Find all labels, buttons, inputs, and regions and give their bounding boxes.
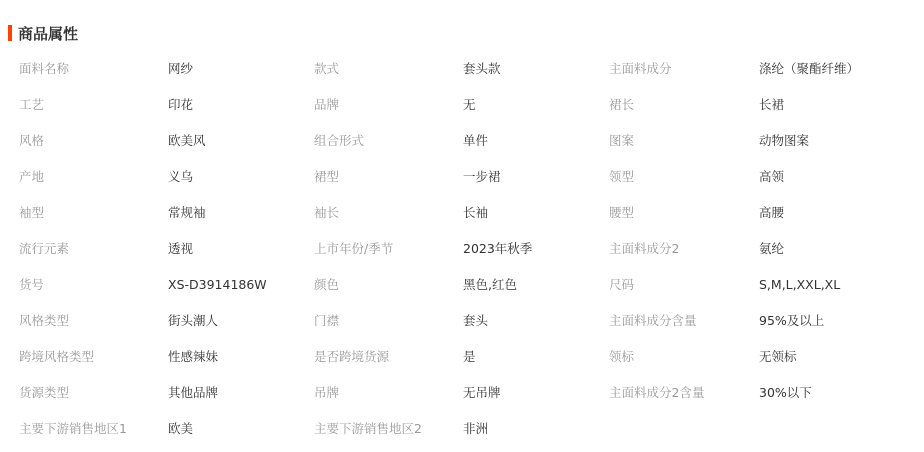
attr-value: 高腰 [759,195,909,231]
attr-value: 印花 [168,87,314,123]
attr-label: 款式 [314,51,463,87]
attr-label: 品牌 [314,87,463,123]
section-title: 商品属性 [18,23,78,44]
attr-value: 黑色,红色 [463,267,609,303]
attr-value: 无领标 [759,339,909,375]
attr-label: 颜色 [314,267,463,303]
attr-label: 风格类型 [19,303,168,339]
attr-value: 30%以下 [759,375,909,411]
attr-value: 涤纶（聚酯纤维） [759,51,909,87]
attr-value: 透视 [168,231,314,267]
attr-label: 流行元素 [19,231,168,267]
attr-label: 主要下游销售地区1 [19,411,168,447]
attr-label: 货源类型 [19,375,168,411]
attr-value: 义乌 [168,159,314,195]
attr-label: 袖型 [19,195,168,231]
attr-value: 套头款 [463,51,609,87]
accent-bar [8,25,12,41]
attr-value: 非洲 [463,411,609,447]
attr-label: 主要下游销售地区2 [314,411,463,447]
attr-label: 主面料成分2含量 [609,375,759,411]
attr-label: 尺码 [609,267,759,303]
attr-value: S,M,L,XXL,XL [759,267,909,303]
attr-label: 裙型 [314,159,463,195]
attr-value: 无吊牌 [463,375,609,411]
attr-label: 上市年份/季节 [314,231,463,267]
attr-label: 风格 [19,123,168,159]
attr-value: 套头 [463,303,609,339]
attr-value: 一步裙 [463,159,609,195]
attr-value: 长袖 [463,195,609,231]
attr-value: 是 [463,339,609,375]
attr-value: 动物图案 [759,123,909,159]
attr-value: 街头潮人 [168,303,314,339]
attr-value: XS-D3914186W [168,267,314,303]
attr-label: 袖长 [314,195,463,231]
attr-value: 其他品牌 [168,375,314,411]
attr-value: 2023年秋季 [463,231,609,267]
attr-label: 主面料成分 [609,51,759,87]
attr-label: 产地 [19,159,168,195]
attr-label: 图案 [609,123,759,159]
attr-value: 高领 [759,159,909,195]
attr-label: 是否跨境货源 [314,339,463,375]
attr-label: 组合形式 [314,123,463,159]
attr-value: 网纱 [168,51,314,87]
product-attributes-section: 商品属性 面料名称 网纱 款式 套头款 主面料成分 涤纶（聚酯纤维） 工艺 印花… [0,0,924,452]
attr-value: 性感辣妹 [168,339,314,375]
attr-value: 常规袖 [168,195,314,231]
attr-label: 吊牌 [314,375,463,411]
attr-value: 单件 [463,123,609,159]
attr-label: 主面料成分2 [609,231,759,267]
attr-label: 主面料成分含量 [609,303,759,339]
attr-value: 95%及以上 [759,303,909,339]
attr-label: 面料名称 [19,51,168,87]
attr-label: 跨境风格类型 [19,339,168,375]
attr-label: 裙长 [609,87,759,123]
attr-value: 欧美 [168,411,314,447]
attr-value: 长裙 [759,87,909,123]
attribute-grid: 面料名称 网纱 款式 套头款 主面料成分 涤纶（聚酯纤维） 工艺 印花 品牌 无… [19,51,909,447]
attr-value: 无 [463,87,609,123]
attr-label: 领标 [609,339,759,375]
attr-label: 领型 [609,159,759,195]
attr-label: 货号 [19,267,168,303]
attr-label: 腰型 [609,195,759,231]
attr-label: 门襟 [314,303,463,339]
attr-label: 工艺 [19,87,168,123]
attr-value: 氨纶 [759,231,909,267]
section-header: 商品属性 [8,23,78,43]
attr-value: 欧美风 [168,123,314,159]
